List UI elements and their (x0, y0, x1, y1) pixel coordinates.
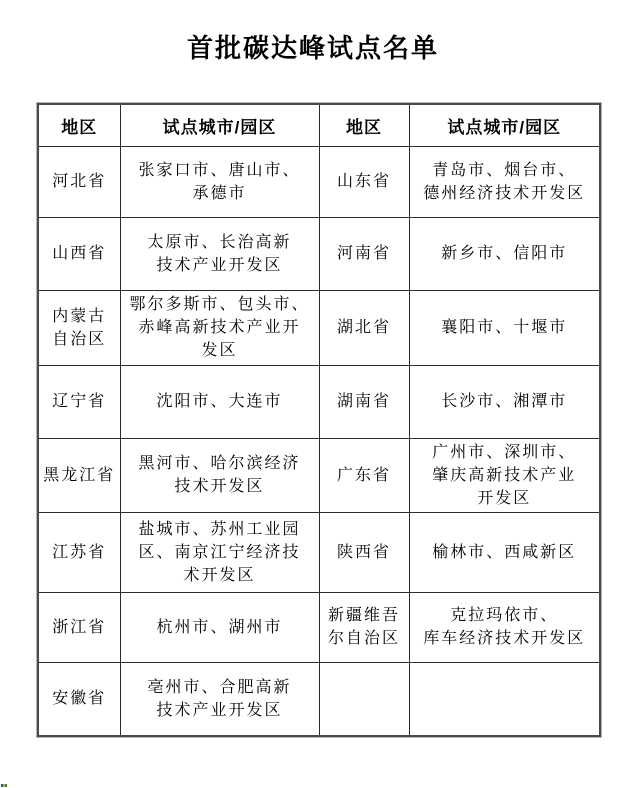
table-row: 浙江省 杭州市、湖州市 新疆维吾 尔自治区 克拉玛依市、 库车经济技术开发区 (38, 592, 600, 662)
cities-cell: 长沙市、湘潭市 (409, 365, 600, 438)
header-region-right: 地区 (319, 104, 409, 146)
cities-cell: 杭州市、湖州市 (120, 592, 319, 662)
region-cell: 辽宁省 (38, 365, 120, 438)
table-row: 江苏省 盐城市、苏州工业园 区、南京江宁经济技 术开发区 陕西省 榆林市、西咸新… (38, 512, 600, 592)
region-cell: 河南省 (319, 217, 409, 290)
region-cell: 江苏省 (38, 512, 120, 592)
document-page: 首批碳达峰试点名单 地区 试点城市/园区 地区 试点城市/园区 河北省 张家口市… (0, 0, 626, 788)
table-row: 山西省 太原市、长治高新 技术产业开发区 河南省 新乡市、信阳市 (38, 217, 600, 290)
cities-cell: 克拉玛依市、 库车经济技术开发区 (409, 592, 600, 662)
region-cell: 陕西省 (319, 512, 409, 592)
region-cell: 山东省 (319, 146, 409, 217)
cities-cell: 襄阳市、十堰市 (409, 290, 600, 365)
region-cell: 湖北省 (319, 290, 409, 365)
pilot-list-table: 地区 试点城市/园区 地区 试点城市/园区 河北省 张家口市、唐山市、 承德市 … (37, 103, 601, 737)
cities-cell: 亳州市、合肥高新 技术产业开发区 (120, 662, 319, 736)
page-title: 首批碳达峰试点名单 (0, 0, 626, 65)
table-row: 安徽省 亳州市、合肥高新 技术产业开发区 (38, 662, 600, 736)
region-cell: 黑龙江省 (38, 438, 120, 512)
region-cell: 广东省 (319, 438, 409, 512)
cities-cell: 张家口市、唐山市、 承德市 (120, 146, 319, 217)
region-cell: 新疆维吾 尔自治区 (319, 592, 409, 662)
cities-cell (409, 662, 600, 736)
region-cell: 湖南省 (319, 365, 409, 438)
cities-cell: 新乡市、信阳市 (409, 217, 600, 290)
table-row: 黑龙江省 黑河市、哈尔滨经济 技术开发区 广东省 广州市、深圳市、 肇庆高新技术… (38, 438, 600, 512)
cities-cell: 盐城市、苏州工业园 区、南京江宁经济技 术开发区 (120, 512, 319, 592)
cities-cell: 黑河市、哈尔滨经济 技术开发区 (120, 438, 319, 512)
cities-cell: 沈阳市、大连市 (120, 365, 319, 438)
region-cell: 山西省 (38, 217, 120, 290)
cities-cell: 榆林市、西咸新区 (409, 512, 600, 592)
cities-cell: 青岛市、烟台市、 德州经济技术开发区 (409, 146, 600, 217)
region-cell (319, 662, 409, 736)
region-cell: 浙江省 (38, 592, 120, 662)
table-header-row: 地区 试点城市/园区 地区 试点城市/园区 (38, 104, 600, 146)
cities-cell: 鄂尔多斯市、包头市、 赤峰高新技术产业开 发区 (120, 290, 319, 365)
header-cities-left: 试点城市/园区 (120, 104, 319, 146)
region-cell: 内蒙古 自治区 (38, 290, 120, 365)
header-region-left: 地区 (38, 104, 120, 146)
table-row: 河北省 张家口市、唐山市、 承德市 山东省 青岛市、烟台市、 德州经济技术开发区 (38, 146, 600, 217)
header-cities-right: 试点城市/园区 (409, 104, 600, 146)
cities-cell: 太原市、长治高新 技术产业开发区 (120, 217, 319, 290)
pixel-artifact (1, 784, 7, 787)
table-row: 内蒙古 自治区 鄂尔多斯市、包头市、 赤峰高新技术产业开 发区 湖北省 襄阳市、… (38, 290, 600, 365)
region-cell: 河北省 (38, 146, 120, 217)
cities-cell: 广州市、深圳市、 肇庆高新技术产业 开发区 (409, 438, 600, 512)
region-cell: 安徽省 (38, 662, 120, 736)
table-row: 辽宁省 沈阳市、大连市 湖南省 长沙市、湘潭市 (38, 365, 600, 438)
